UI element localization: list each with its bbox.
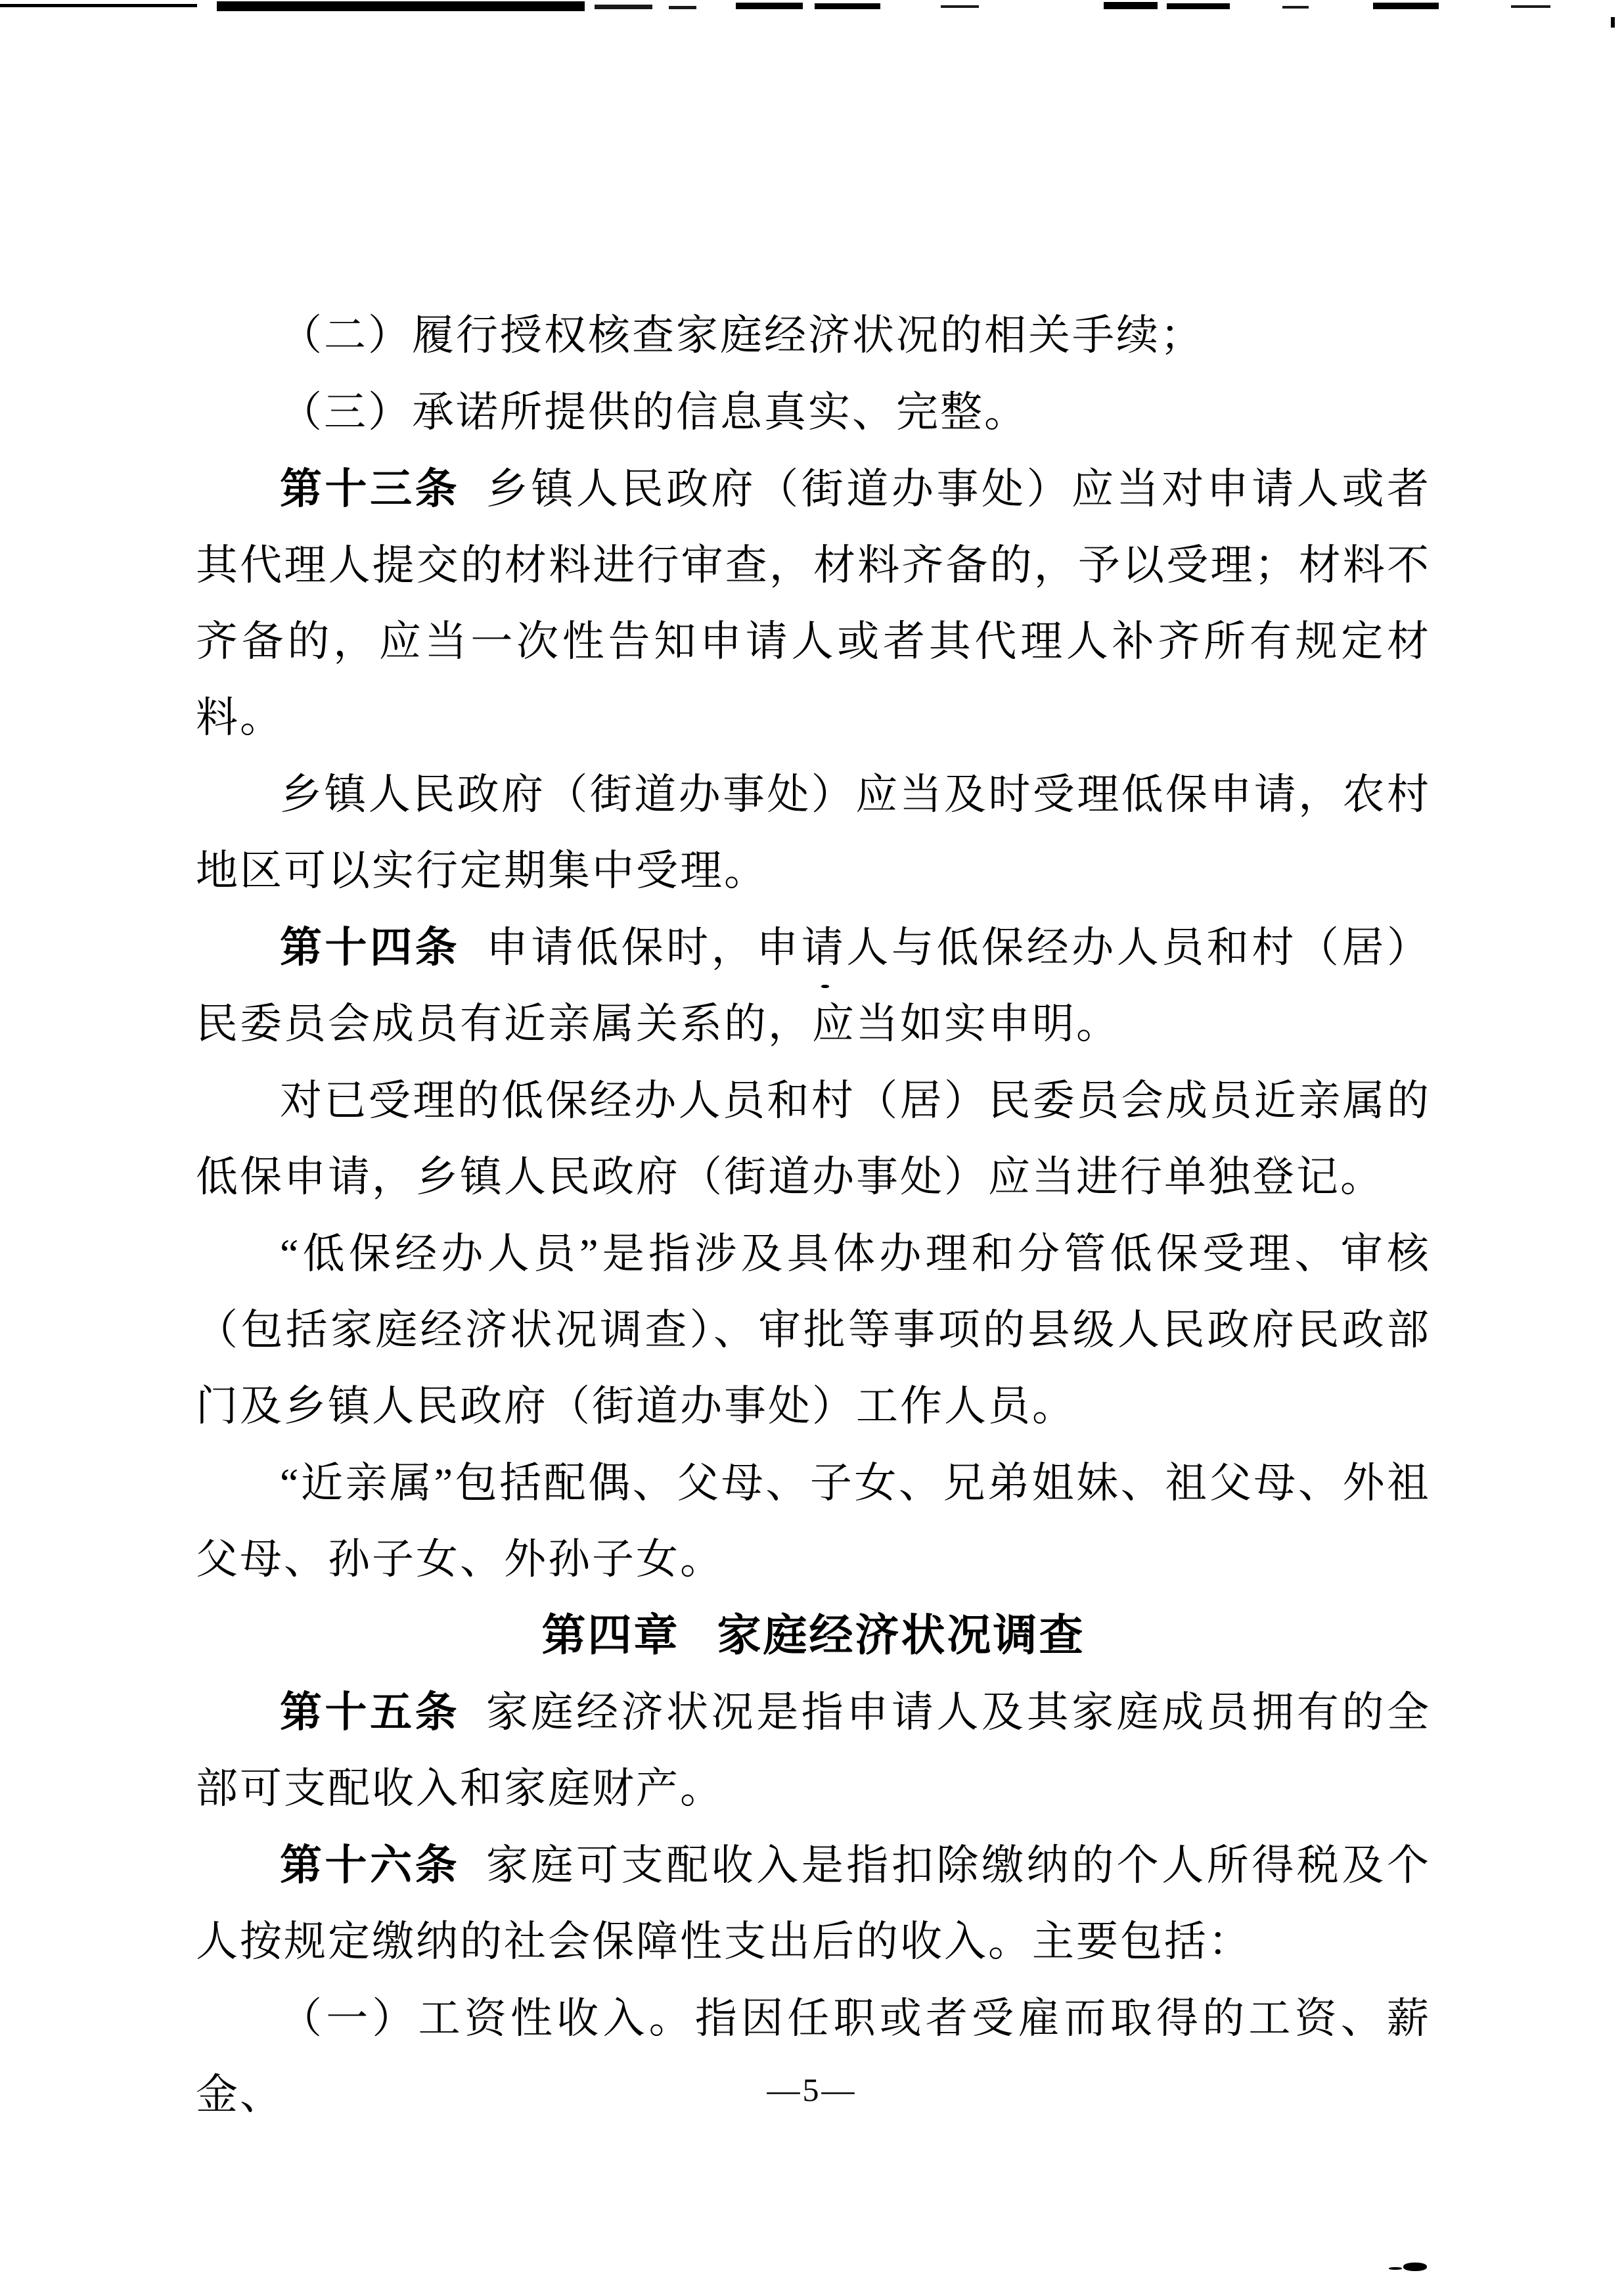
scan-noise-segment bbox=[595, 5, 652, 9]
scan-smudge bbox=[1389, 2267, 1402, 2270]
scan-noise-segment bbox=[217, 1, 585, 11]
article-number-label: 第十五条 bbox=[280, 1688, 460, 1736]
paragraph-text: “近亲属”包括配偶、父母、子女、兄弟姐妹、祖父母、外祖父母、孙子女、外孙子女。 bbox=[196, 1460, 1431, 1583]
article-14-paragraph: 第十四条申请低保时，申请人与低保经办人员和村（居）民委员会成员有近亲属关系的，应… bbox=[196, 909, 1431, 1062]
article-14-paragraph-3: “低保经办人员”是指涉及具体办理和分管低保受理、审核（包括家庭经济状况调查）、审… bbox=[196, 1215, 1431, 1445]
list-item-1: （一）工资性收入。指因任职或者受雇而取得的工资、薪金、 bbox=[196, 1980, 1431, 2133]
scanned-document-page: （二）履行授权核查家庭经济状况的相关手续； （三）承诺所提供的信息真实、完整。 … bbox=[0, 0, 1624, 2277]
chapter-number: 第四章 bbox=[542, 1611, 680, 1660]
scan-noise-segment bbox=[1373, 3, 1439, 9]
scan-noise-segment bbox=[0, 4, 197, 7]
paragraph-text: （三）承诺所提供的信息真实、完整。 bbox=[280, 389, 1028, 436]
document-text-body: （二）履行授权核查家庭经济状况的相关手续； （三）承诺所提供的信息真实、完整。 … bbox=[196, 297, 1431, 2133]
list-item-2: （二）履行授权核查家庭经济状况的相关手续； bbox=[196, 297, 1431, 374]
scan-noise-segment bbox=[815, 3, 880, 9]
article-number-label: 第十四条 bbox=[280, 924, 460, 971]
scan-noise-segment bbox=[1104, 2, 1158, 9]
scan-noise-segment bbox=[1611, 17, 1615, 28]
paragraph-text: 乡镇人民政府（街道办事处）应当及时受理低保申请，农村地区可以实行定期集中受理。 bbox=[196, 771, 1431, 894]
list-item-3: （三）承诺所提供的信息真实、完整。 bbox=[196, 374, 1431, 451]
scan-noise-segment bbox=[941, 5, 979, 8]
chapter-4-heading: 第四章家庭经济状况调查 bbox=[196, 1598, 1431, 1674]
article-number-label: 第十三条 bbox=[280, 465, 460, 512]
scan-noise-segment bbox=[669, 6, 696, 9]
article-14-paragraph-2: 对已受理的低保经办人员和村（居）民委员会成员近亲属的低保申请，乡镇人民政府（街道… bbox=[196, 1062, 1431, 1215]
article-16-paragraph: 第十六条家庭可支配收入是指扣除缴纳的个人所得税及个人按规定缴纳的社会保障性支出后… bbox=[196, 1827, 1431, 1980]
scan-noise-segment bbox=[1167, 3, 1230, 9]
scan-noise-segment bbox=[1282, 6, 1309, 9]
page-number: —5— bbox=[0, 2071, 1624, 2109]
article-13-paragraph-2: 乡镇人民政府（街道办事处）应当及时受理低保申请，农村地区可以实行定期集中受理。 bbox=[196, 756, 1431, 909]
scan-smudge bbox=[1403, 2263, 1427, 2271]
paragraph-text: 对已受理的低保经办人员和村（居）民委员会成员近亲属的低保申请，乡镇人民政府（街道… bbox=[196, 1077, 1431, 1200]
scan-noise-segment bbox=[736, 3, 803, 9]
chapter-title: 家庭经济状况调查 bbox=[717, 1611, 1085, 1660]
paragraph-text: （二）履行授权核查家庭经济状况的相关手续； bbox=[280, 312, 1204, 359]
article-number-label: 第十六条 bbox=[280, 1841, 460, 1889]
scan-noise-segment bbox=[1511, 5, 1550, 8]
article-15-paragraph: 第十五条家庭经济状况是指申请人及其家庭成员拥有的全部可支配收入和家庭财产。 bbox=[196, 1674, 1431, 1827]
article-14-paragraph-4: “近亲属”包括配偶、父母、子女、兄弟姐妹、祖父母、外祖父母、孙子女、外孙子女。 bbox=[196, 1445, 1431, 1598]
paragraph-text: “低保经办人员”是指涉及具体办理和分管低保受理、审核（包括家庭经济状况调查）、审… bbox=[196, 1230, 1431, 1430]
article-13-paragraph: 第十三条乡镇人民政府（街道办事处）应当对申请人或者其代理人提交的材料进行审查，材… bbox=[196, 451, 1431, 756]
